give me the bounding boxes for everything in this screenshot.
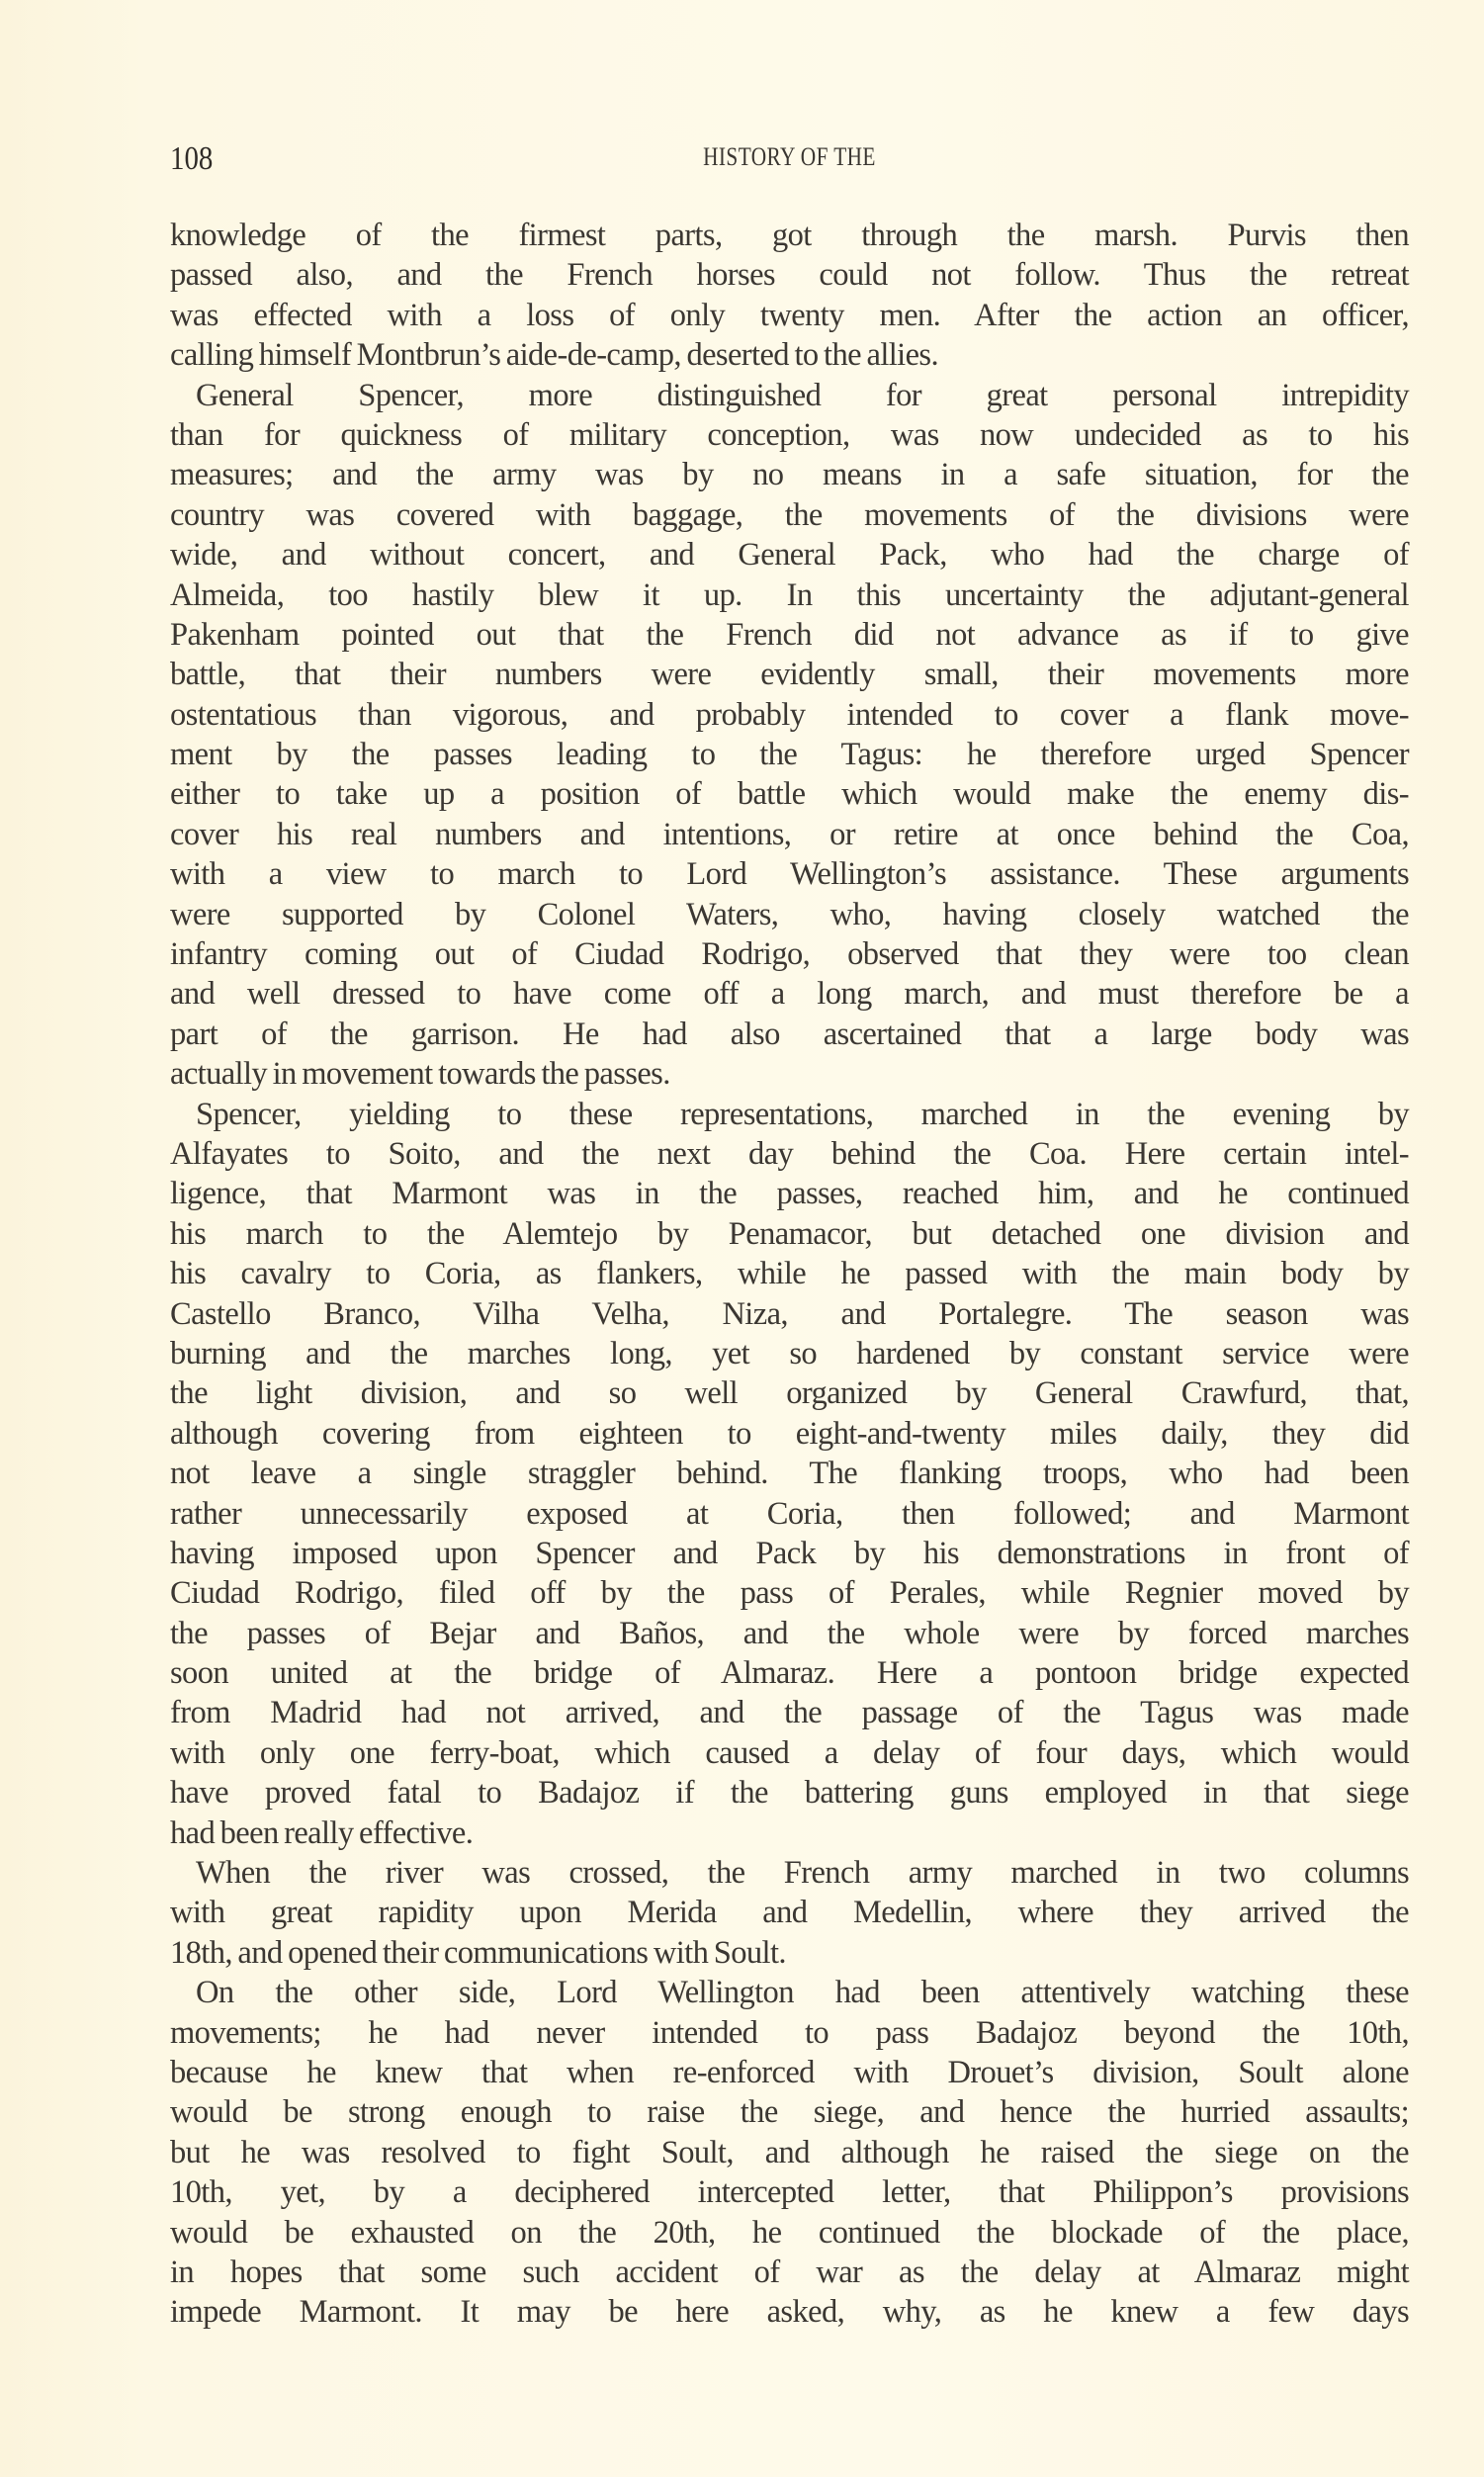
text-line: When the river was crossed, the French a… [170,1853,1409,1893]
text-line: Ciudad Rodrigo, filed off by the pass of… [170,1573,1409,1613]
text-line: had been really effective. [170,1814,1409,1853]
text-line: ligence, that Marmont was in the passes,… [170,1174,1409,1213]
text-line: not leave a single straggler behind. The… [170,1454,1409,1493]
text-line: Alfayates to Soito, and the next day beh… [170,1134,1409,1174]
text-line: with great rapidity upon Merida and Mede… [170,1893,1409,1932]
text-line: actually in movement towards the passes. [170,1054,1409,1094]
text-line: wide, and without concert, and General P… [170,535,1409,575]
running-head: HISTORY OF THE [282,142,1297,172]
text-line: ostentatious than vigorous, and probably… [170,695,1409,735]
text-line: but he was resolved to fight Soult, and … [170,2133,1409,2172]
text-line: although covering from eighteen to eight… [170,1414,1409,1454]
text-line: than for quickness of military conceptio… [170,415,1409,455]
text-line: having imposed upon Spencer and Pack by … [170,1534,1409,1573]
text-line: measures; and the army was by no means i… [170,455,1409,494]
page-number: 108 [170,140,213,178]
text-line: were supported by Colonel Waters, who, h… [170,895,1409,934]
text-line: 10th, yet, by a deciphered intercepted l… [170,2172,1409,2212]
text-line: part of the garrison. He had also ascert… [170,1015,1409,1054]
text-line: would be exhausted on the 20th, he conti… [170,2213,1409,2253]
text-line: Pakenham pointed out that the French did… [170,615,1409,655]
text-line: Castello Branco, Vilha Velha, Niza, and … [170,1294,1409,1334]
text-line: burning and the marches long, yet so har… [170,1334,1409,1373]
text-line: his march to the Alemtejo by Penamacor, … [170,1214,1409,1254]
text-line: his cavalry to Coria, as flankers, while… [170,1254,1409,1293]
page-header: 108 HISTORY OF THE [170,138,1409,182]
text-line: General Spencer, more distinguished for … [170,376,1409,415]
text-line: battle, that their numbers were evidentl… [170,655,1409,694]
text-line: On the other side, Lord Wellington had b… [170,1973,1409,2012]
text-line: have proved fatal to Badajoz if the batt… [170,1773,1409,1813]
text-line: the passes of Bejar and Baños, and the w… [170,1614,1409,1653]
text-line: soon united at the bridge of Almaraz. He… [170,1653,1409,1693]
text-line: in hopes that some such accident of war … [170,2253,1409,2292]
text-line: with only one ferry-boat, which caused a… [170,1733,1409,1773]
text-line: impede Marmont. It may be here asked, wh… [170,2292,1409,2332]
text-line: Spencer, yielding to these representatio… [170,1095,1409,1134]
text-line: would be strong enough to raise the sieg… [170,2092,1409,2132]
text-line: Almeida, too hastily blew it up. In this… [170,575,1409,615]
text-line: 18th, and opened their communications wi… [170,1933,1409,1973]
text-line: and well dressed to have come off a long… [170,974,1409,1014]
text-line: country was covered with baggage, the mo… [170,495,1409,535]
text-line: with a view to march to Lord Wellington’… [170,854,1409,894]
text-line: either to take up a position of battle w… [170,774,1409,814]
text-line: because he knew that when re-enforced wi… [170,2053,1409,2092]
text-line: passed also, and the French horses could… [170,255,1409,295]
text-line: infantry coming out of Ciudad Rodrigo, o… [170,934,1409,974]
text-line: movements; he had never intended to pass… [170,2013,1409,2053]
text-line: knowledge of the firmest parts, got thro… [170,216,1409,255]
text-line: cover his real numbers and intentions, o… [170,815,1409,854]
book-page: 108 HISTORY OF THE knowledge of the firm… [0,0,1484,2477]
text-line: the light division, and so well organize… [170,1373,1409,1413]
text-line: calling himself Montbrun’s aide-de-camp,… [170,335,1409,375]
text-line: from Madrid had not arrived, and the pas… [170,1693,1409,1732]
text-line: ment by the passes leading to the Tagus:… [170,735,1409,774]
body-text: knowledge of the firmest parts, got thro… [170,216,1409,2333]
text-line: was effected with a loss of only twenty … [170,296,1409,335]
text-line: rather unnecessarily exposed at Coria, t… [170,1494,1409,1534]
